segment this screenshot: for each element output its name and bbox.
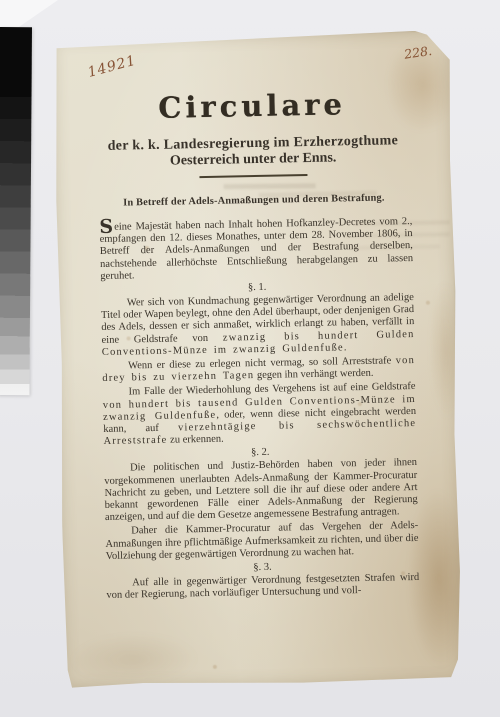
paragraph-segment: gegen ihn verhängt werden. (254, 368, 373, 381)
body-paragraph: Daher die Kammer-Procuratur auf das Verg… (105, 520, 419, 563)
title-rule (199, 174, 307, 178)
body-paragraph: Im Falle der Wiederhohlung des Vergehens… (102, 381, 416, 448)
document-body: Seine Majestät haben nach Inhalt hohen H… (99, 216, 419, 602)
masthead: Circulare der k. k. Landesregierung im E… (51, 30, 454, 210)
body-paragraph: Wer sich von Kundmachung gegenwärtiger V… (101, 292, 415, 359)
grayscale-calibration-strip (0, 27, 32, 395)
paragraph-segment: Die politischen und Justiz-Behörden habe… (104, 457, 418, 523)
paragraph-segment: eine Majestät haben nach Inhalt hohen Ho… (100, 216, 414, 282)
subject-line: In Betreff der Adels-Anmaßungen und dere… (54, 191, 454, 210)
paragraph-segment: Auf alle in gegenwärtiger Verordnung fes… (106, 572, 419, 601)
body-paragraph: Wenn er diese zu erlegen nicht vermag, s… (102, 355, 415, 385)
body-paragraph: Die politischen und Justiz-Behörden habe… (104, 457, 418, 524)
body-paragraph: Auf alle in gegenwärtiger Verordnung fes… (106, 572, 419, 602)
paragraph-segment: Daher die Kammer-Procuratur auf das Verg… (105, 520, 418, 561)
photo-background: 14921 228. Circulare der k. k. Landesreg… (0, 0, 500, 717)
paragraph-segment: zu erkennen. (167, 434, 223, 446)
body-paragraph: Seine Majestät haben nach Inhalt hohen H… (99, 216, 413, 283)
document-content: 14921 228. Circulare der k. k. Landesreg… (51, 30, 463, 690)
document-paper: 14921 228. Circulare der k. k. Landesreg… (51, 30, 463, 690)
document-title: Circulare (52, 84, 453, 128)
